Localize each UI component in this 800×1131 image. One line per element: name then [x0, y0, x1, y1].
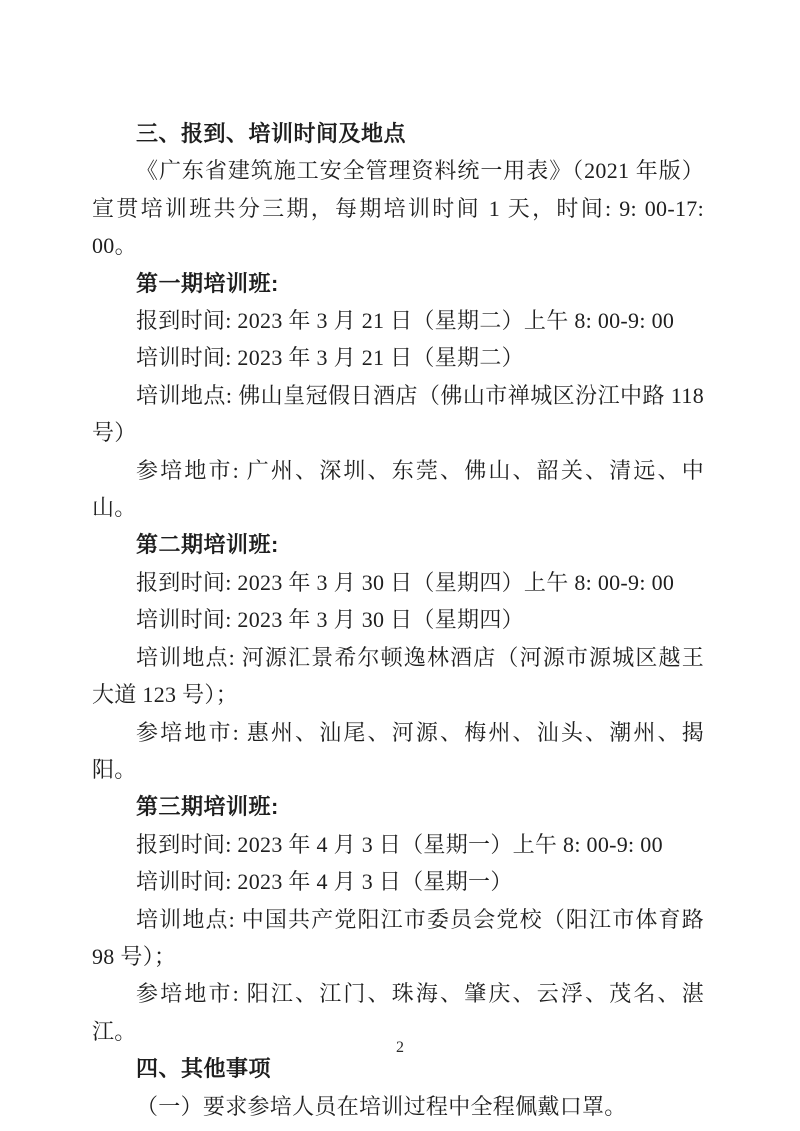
mask-requirement-paragraph: （一）要求参培人员在培训过程中全程佩戴口罩。 [92, 1088, 704, 1125]
session-2-training-time: 培训时间: 2023 年 3 月 30 日（星期四） [92, 601, 704, 638]
session-2-report-time: 报到时间: 2023 年 3 月 30 日（星期四）上午 8: 00-9: 00 [92, 564, 704, 601]
session-2-heading: 第二期培训班: [92, 526, 704, 563]
section-heading-reporting-time-location: 三、报到、培训时间及地点 [92, 115, 704, 152]
session-1-heading: 第一期培训班: [92, 265, 704, 302]
session-3-training-time: 培训时间: 2023 年 4 月 3 日（星期一） [92, 863, 704, 900]
session-3-heading: 第三期培训班: [92, 788, 704, 825]
document-page: 三、报到、培训时间及地点 《广东省建筑施工安全管理资料统一用表》（2021 年版… [0, 0, 800, 1131]
session-3-report-time: 报到时间: 2023 年 4 月 3 日（星期一）上午 8: 00-9: 00 [92, 826, 704, 863]
page-content: 三、报到、培训时间及地点 《广东省建筑施工安全管理资料统一用表》（2021 年版… [92, 115, 704, 1125]
training-overview-paragraph: 《广东省建筑施工安全管理资料统一用表》（2021 年版）宣贯培训班共分三期，每期… [92, 152, 704, 264]
session-1-report-time: 报到时间: 2023 年 3 月 21 日（星期二）上午 8: 00-9: 00 [92, 302, 704, 339]
page-number: 2 [0, 1038, 800, 1058]
session-3-location: 培训地点: 中国共产党阳江市委员会党校（阳江市体育路 98 号）； [92, 901, 704, 976]
session-2-cities: 参培地市: 惠州、汕尾、河源、梅州、汕头、潮州、揭阳。 [92, 714, 704, 789]
session-1-location: 培训地点: 佛山皇冠假日酒店（佛山市禅城区汾江中路 118 号） [92, 377, 704, 452]
session-2-location: 培训地点: 河源汇景希尔顿逸林酒店（河源市源城区越王大道 123 号）； [92, 639, 704, 714]
session-1-cities: 参培地市: 广州、深圳、东莞、佛山、韶关、清远、中山。 [92, 452, 704, 527]
session-1-training-time: 培训时间: 2023 年 3 月 21 日（星期二） [92, 339, 704, 376]
